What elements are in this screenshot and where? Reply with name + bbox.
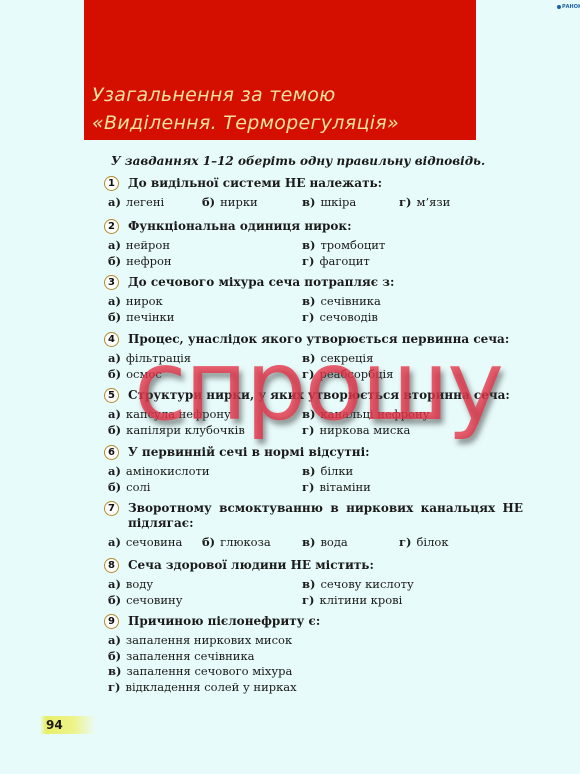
- option-text: сечову кислоту: [320, 577, 413, 591]
- question-head: 5Структури нирки, у яких утворюється вто…: [104, 388, 524, 403]
- answer-option[interactable]: а)фільтрація: [108, 351, 302, 367]
- publisher-logo-icon: [557, 5, 561, 9]
- answer-option[interactable]: б)солі: [108, 480, 302, 496]
- question-5: 5Структури нирки, у яких утворюється вто…: [104, 388, 524, 438]
- question-head: 8Сеча здорової людини НЕ містить:: [104, 558, 524, 573]
- question-number-badge: 8: [104, 558, 119, 573]
- option-text: нефрон: [126, 254, 171, 268]
- header-title-line2: «Виділення. Терморегуляція»: [92, 112, 399, 134]
- option-text: реабсорбція: [320, 367, 394, 381]
- answer-option[interactable]: а)сечовина: [108, 535, 202, 551]
- option-text: клітини крові: [320, 593, 403, 607]
- option-letter: б): [108, 310, 121, 324]
- option-letter: г): [302, 310, 315, 324]
- answer-option[interactable]: б)печінки: [108, 310, 302, 326]
- answer-option[interactable]: б)нефрон: [108, 254, 302, 270]
- option-letter: б): [202, 535, 215, 549]
- option-text: м’язи: [417, 195, 451, 209]
- question-head: 7Зворотному всмоктуванню в ниркових кана…: [104, 501, 524, 531]
- option-letter: г): [302, 423, 315, 437]
- option-text: воду: [126, 577, 153, 591]
- option-letter: а): [108, 577, 121, 591]
- option-letter: б): [108, 480, 121, 494]
- option-letter: а): [108, 535, 121, 549]
- option-letter: в): [108, 664, 121, 678]
- question-7: 7Зворотному всмоктуванню в ниркових кана…: [104, 501, 524, 551]
- option-text: вода: [320, 535, 347, 549]
- option-text: відкладення солей у нирках: [126, 680, 297, 694]
- question-text: До видільної системи НЕ належать:: [128, 176, 523, 191]
- answer-options: а)водув)сечову кислотуб)сечовинуг)клітин…: [104, 577, 524, 608]
- question-number-badge: 1: [104, 176, 119, 191]
- option-letter: а): [108, 351, 121, 365]
- question-9: 9Причиною пієлонефриту є:а)запалення нир…: [104, 614, 524, 695]
- option-text: секреція: [320, 351, 373, 365]
- answer-option[interactable]: г)клітини крові: [302, 593, 502, 609]
- answer-option[interactable]: г)вітаміни: [302, 480, 502, 496]
- option-letter: б): [108, 254, 121, 268]
- option-text: запалення ниркових мисок: [126, 633, 292, 647]
- answer-option[interactable]: в)вода: [302, 535, 399, 551]
- question-head: 1До видільної системи НЕ належать:: [104, 176, 524, 191]
- answer-option[interactable]: а)амінокислоти: [108, 464, 302, 480]
- question-number-badge: 7: [104, 501, 119, 516]
- option-text: глюкоза: [220, 535, 271, 549]
- question-8: 8Сеча здорової людини НЕ містить:а)водув…: [104, 558, 524, 608]
- option-text: легені: [126, 195, 164, 209]
- answer-option[interactable]: б)капіляри клубочків: [108, 423, 302, 439]
- answer-options: а)нейронв)тромбоцитб)нефронг)фагоцит: [104, 238, 524, 269]
- option-letter: г): [399, 535, 412, 549]
- answer-option[interactable]: г)білок: [399, 535, 449, 551]
- publisher-logo-text: РАНОК: [562, 4, 580, 10]
- answer-option[interactable]: в)сечівника: [302, 294, 502, 310]
- question-head: 9Причиною пієлонефриту є:: [104, 614, 524, 629]
- question-3: 3До сечового міхура сеча потрапляє з:а)н…: [104, 275, 524, 325]
- question-number-badge: 2: [104, 219, 119, 234]
- option-text: сечівника: [320, 294, 380, 308]
- answer-options: а)амінокислотив)білкиб)соліг)вітаміни: [104, 464, 524, 495]
- answer-option[interactable]: б)запалення сечівника: [108, 649, 524, 665]
- option-letter: в): [302, 294, 315, 308]
- question-number-badge: 3: [104, 275, 119, 290]
- option-text: нирок: [126, 294, 163, 308]
- instruction-text: У завданнях 1–12 оберіть одну правильну …: [111, 154, 485, 168]
- question-number-badge: 6: [104, 445, 119, 460]
- option-letter: в): [302, 238, 315, 252]
- answer-option[interactable]: г)ниркова миска: [302, 423, 502, 439]
- question-head: 6У первинній сечі в нормі відсутні:: [104, 445, 524, 460]
- option-letter: а): [108, 195, 121, 209]
- option-letter: в): [302, 577, 315, 591]
- option-text: сечовина: [126, 535, 182, 549]
- option-text: нирки: [220, 195, 258, 209]
- option-letter: г): [302, 367, 315, 381]
- question-number-badge: 5: [104, 388, 119, 403]
- option-letter: б): [108, 649, 121, 663]
- page-number: 94: [40, 716, 96, 734]
- answer-option[interactable]: б)сечовину: [108, 593, 302, 609]
- answer-option[interactable]: а)запалення ниркових мисок: [108, 633, 524, 649]
- question-1: 1До видільної системи НЕ належать:а)леге…: [104, 176, 524, 211]
- answer-option[interactable]: в)сечову кислоту: [302, 577, 502, 593]
- question-text: Функціональна одиниця нирок:: [128, 219, 523, 234]
- option-text: запалення сечівника: [126, 649, 254, 663]
- option-letter: а): [108, 238, 121, 252]
- question-text: Структури нирки, у яких утворюється втор…: [128, 388, 523, 403]
- option-letter: а): [108, 407, 121, 421]
- question-head: 4Процес, унаслідок якого утворюється пер…: [104, 332, 524, 347]
- option-text: нейрон: [126, 238, 170, 252]
- question-4: 4Процес, унаслідок якого утворюється пер…: [104, 332, 524, 382]
- option-text: капіляри клубочків: [126, 423, 245, 437]
- answer-option[interactable]: в)тромбоцит: [302, 238, 502, 254]
- option-text: осмос: [126, 367, 162, 381]
- question-text: Процес, унаслідок якого утворюється перв…: [128, 332, 523, 347]
- option-text: шкіра: [320, 195, 356, 209]
- option-letter: г): [108, 680, 121, 694]
- publisher-logo: РАНОК: [557, 4, 580, 10]
- option-text: амінокислоти: [126, 464, 210, 478]
- option-letter: в): [302, 535, 315, 549]
- answer-options: а)нирокв)сечівникаб)печінкиг)сечоводів: [104, 294, 524, 325]
- option-text: печінки: [126, 310, 174, 324]
- option-text: білки: [320, 464, 353, 478]
- answer-option[interactable]: б)глюкоза: [202, 535, 302, 551]
- question-head: 2Функціональна одиниця нирок:: [104, 219, 524, 234]
- question-number-badge: 9: [104, 614, 119, 629]
- option-text: сечоводів: [320, 310, 378, 324]
- answer-options: а)легеніб)ниркив)шкіраг)м’язи: [104, 195, 524, 211]
- answer-option[interactable]: г)реабсорбція: [302, 367, 502, 383]
- option-letter: б): [108, 423, 121, 437]
- answer-option[interactable]: г)м’язи: [399, 195, 450, 211]
- answer-options: а)запалення ниркових мисокб)запалення се…: [104, 633, 524, 695]
- option-text: канальці нефрону: [320, 407, 429, 421]
- answer-option[interactable]: а)капсула нефрону: [108, 407, 302, 423]
- answer-option[interactable]: а)легені: [108, 195, 202, 211]
- question-number-badge: 4: [104, 332, 119, 347]
- option-letter: г): [302, 254, 315, 268]
- option-letter: а): [108, 464, 121, 478]
- option-letter: а): [108, 294, 121, 308]
- option-letter: г): [399, 195, 412, 209]
- question-text: До сечового міхура сеча потрапляє з:: [128, 275, 523, 290]
- option-letter: в): [302, 464, 315, 478]
- question-text: Сеча здорової людини НЕ містить:: [128, 558, 523, 573]
- answer-option[interactable]: в)секреція: [302, 351, 502, 367]
- question-2: 2Функціональна одиниця нирок:а)нейронв)т…: [104, 219, 524, 269]
- header-title-line1: Узагальнення за темою: [92, 84, 336, 106]
- question-head: 3До сечового міхура сеча потрапляє з:: [104, 275, 524, 290]
- answer-option[interactable]: в)шкіра: [302, 195, 399, 211]
- answer-options: а)фільтраціяв)секреціяб)осмосг)реабсорбц…: [104, 351, 524, 382]
- answer-option[interactable]: в)запалення сечового міхура: [108, 664, 524, 680]
- option-text: тромбоцит: [320, 238, 385, 252]
- question-6: 6У первинній сечі в нормі відсутні:а)амі…: [104, 445, 524, 495]
- option-text: капсула нефрону: [126, 407, 231, 421]
- question-text: Зворотному всмоктуванню в ниркових канал…: [128, 501, 523, 531]
- option-letter: г): [302, 593, 315, 607]
- answer-option[interactable]: а)воду: [108, 577, 302, 593]
- answer-option[interactable]: а)нейрон: [108, 238, 302, 254]
- option-letter: г): [302, 480, 315, 494]
- answer-option[interactable]: б)нирки: [202, 195, 302, 211]
- option-letter: в): [302, 407, 315, 421]
- answer-option[interactable]: г)фагоцит: [302, 254, 502, 270]
- option-letter: а): [108, 633, 121, 647]
- option-text: солі: [126, 480, 150, 494]
- chapter-header-banner: Узагальнення за темою «Виділення. Термор…: [84, 0, 476, 140]
- option-letter: в): [302, 195, 315, 209]
- answer-option[interactable]: б)осмос: [108, 367, 302, 383]
- option-text: запалення сечового міхура: [126, 664, 292, 678]
- option-text: білок: [417, 535, 449, 549]
- answer-option[interactable]: в)канальці нефрону: [302, 407, 502, 423]
- question-text: Причиною пієлонефриту є:: [128, 614, 523, 629]
- option-text: вітаміни: [320, 480, 371, 494]
- answer-option[interactable]: в)білки: [302, 464, 502, 480]
- option-text: фагоцит: [320, 254, 370, 268]
- option-letter: б): [108, 367, 121, 381]
- question-text: У первинній сечі в нормі відсутні:: [128, 445, 523, 460]
- answer-option[interactable]: г)відкладення солей у нирках: [108, 680, 524, 696]
- answer-options: а)капсула нефронув)канальці нефронуб)кап…: [104, 407, 524, 438]
- option-text: ниркова миска: [320, 423, 411, 437]
- option-letter: б): [108, 593, 121, 607]
- option-letter: в): [302, 351, 315, 365]
- answer-option[interactable]: г)сечоводів: [302, 310, 502, 326]
- option-letter: б): [202, 195, 215, 209]
- answer-options: а)сечовинаб)глюкозав)водаг)білок: [104, 535, 524, 551]
- option-text: сечовину: [126, 593, 182, 607]
- option-text: фільтрація: [126, 351, 191, 365]
- answer-option[interactable]: а)нирок: [108, 294, 302, 310]
